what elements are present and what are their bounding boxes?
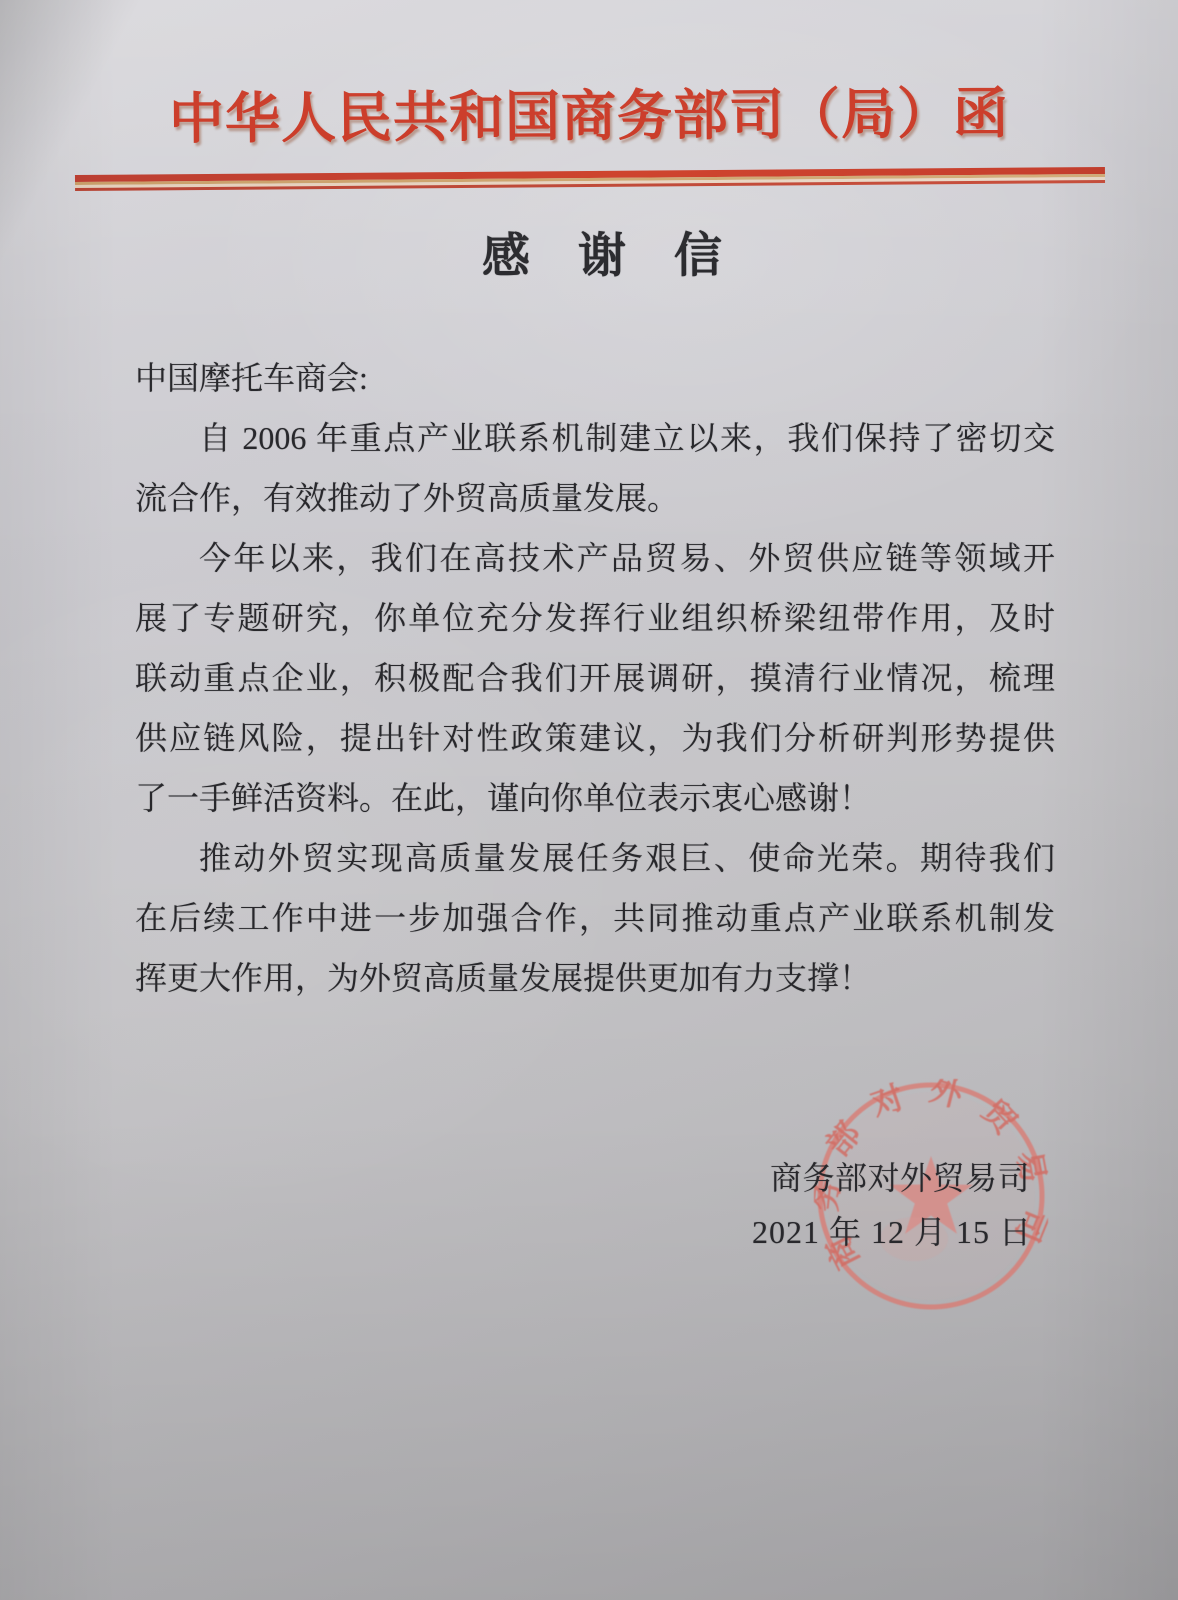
- signature-org: 商务部对外贸易司: [770, 1160, 1030, 1196]
- body-line: 挥更大作用，为外贸高质量发展提供更加有力支撑！: [135, 948, 1055, 1008]
- letter-title: 感 谢 信: [0, 229, 1178, 285]
- body-line: 供应链风险，提出针对性政策建议，为我们分析研判形势提供: [135, 708, 1055, 768]
- letterhead-title: 中华人民共和国商务部司（局）函: [0, 78, 1178, 156]
- letter-photo: 中华人民共和国商务部司（局）函 感 谢 信 中国摩托车商会: 自 2006 年重…: [0, 0, 1178, 1600]
- official-seal: 商务部对外贸易司: [814, 1079, 1048, 1313]
- seal-graphic: 商务部对外贸易司: [814, 1079, 1048, 1313]
- body-line: 自 2006 年重点产业联系机制建立以来，我们保持了密切交: [135, 408, 1055, 468]
- letterhead-divider: [75, 167, 1105, 192]
- body-line: 联动重点企业，积极配合我们开展调研，摸清行业情况，梳理: [135, 648, 1055, 708]
- body-line: 在后续工作中进一步加强合作，共同推动重点产业联系机制发: [135, 888, 1055, 948]
- body-line: 展了专题研究，你单位充分发挥行业组织桥梁纽带作用，及时: [135, 588, 1055, 648]
- signature-date: 2021 年 12 月 15 日: [752, 1214, 1032, 1250]
- body-line: 推动外贸实现高质量发展任务艰巨、使命光荣。期待我们: [135, 828, 1055, 888]
- body-line: 了一手鲜活资料。在此，谨向你单位表示衷心感谢！: [135, 768, 1055, 828]
- salutation: 中国摩托车商会:: [135, 348, 1055, 408]
- letter-body: 中国摩托车商会: 自 2006 年重点产业联系机制建立以来，我们保持了密切交 流…: [135, 348, 1055, 1008]
- body-line: 流合作，有效推动了外贸高质量发展。: [135, 468, 1055, 528]
- body-line: 今年以来，我们在高技术产品贸易、外贸供应链等领域开: [135, 528, 1055, 588]
